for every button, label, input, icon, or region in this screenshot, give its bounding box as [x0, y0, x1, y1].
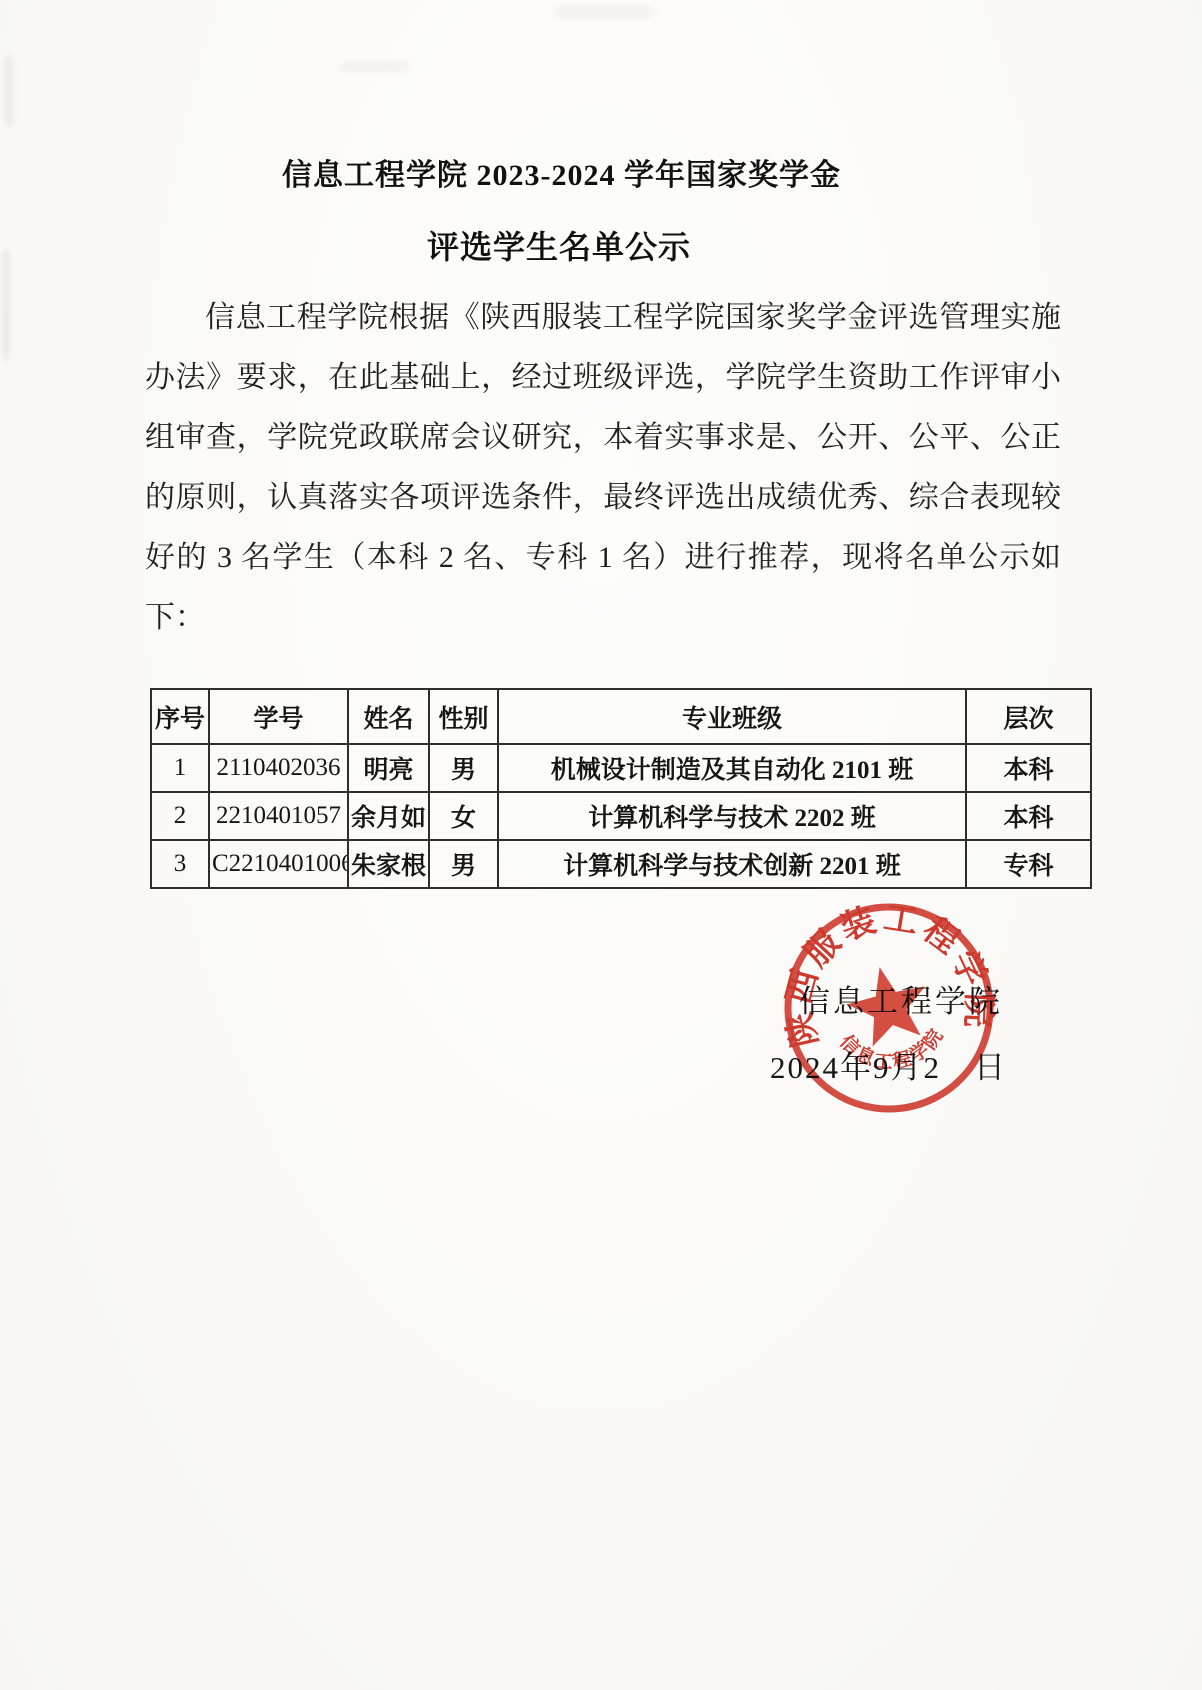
cell-student-id: 2110402036 [209, 744, 348, 792]
table-row: 1 2110402036 明亮 男 机械设计制造及其自动化 2101 班 本科 [151, 744, 1091, 792]
cell-level: 本科 [966, 792, 1091, 840]
cell-student-id: C2210401006 [209, 840, 348, 888]
cell-major-class: 机械设计制造及其自动化 2101 班 [498, 744, 966, 792]
header-学号: 学号 [209, 689, 348, 744]
scan-smudge [555, 6, 655, 18]
header-性别: 性别 [429, 689, 498, 744]
header-层次: 层次 [966, 689, 1091, 744]
cell-major-class: 计算机科学与技术创新 2201 班 [498, 840, 966, 888]
cell-level: 本科 [966, 744, 1091, 792]
cell-major-class: 计算机科学与技术 2202 班 [498, 792, 966, 840]
seal-bottom-text-path: 信息工程学院 [834, 1022, 951, 1079]
seal-bottom-text: 信息工程学院 [834, 1022, 951, 1079]
cell-gender: 男 [429, 744, 498, 792]
page-title-line2: 评选学生名单公示 [427, 222, 691, 268]
official-seal: 陕西服装工程学院 信息工程学院 [759, 878, 1019, 1138]
cell-index: 3 [151, 840, 209, 888]
cell-student-id: 2210401057 [209, 792, 348, 840]
cell-index: 1 [151, 744, 209, 792]
table-row: 2 2210401057 余月如 女 计算机科学与技术 2202 班 本科 [151, 792, 1091, 840]
scan-smudge [2, 250, 10, 360]
header-专业班级: 专业班级 [498, 689, 966, 744]
red-star-icon [844, 963, 930, 1048]
header-序号: 序号 [151, 689, 209, 744]
cell-index: 2 [151, 792, 209, 840]
header-姓名: 姓名 [348, 689, 429, 744]
scanned-document-page: 信息工程学院 2023-2024 学年国家奖学金 评选学生名单公示 信息工程学院… [0, 0, 1202, 1690]
cell-gender: 男 [429, 840, 498, 888]
table-header-row: 序号 学号 姓名 性别 专业班级 层次 [151, 689, 1091, 744]
cell-name: 明亮 [348, 744, 429, 792]
cell-name: 朱家根 [348, 840, 429, 888]
scan-smudge [4, 56, 14, 126]
body-paragraph: 信息工程学院根据《陕西服装工程学院国家奖学金评选管理实施办法》要求，在此基础上，… [145, 288, 1061, 648]
scan-smudge [340, 62, 410, 72]
page-title-line1: 信息工程学院 2023-2024 学年国家奖学金 [282, 150, 841, 194]
cell-gender: 女 [429, 792, 498, 840]
scholarship-roster-table: 序号 学号 姓名 性别 专业班级 层次 1 2110402036 明亮 男 机械… [150, 688, 1092, 889]
cell-name: 余月如 [348, 792, 429, 840]
table-row: 3 C2210401006 朱家根 男 计算机科学与技术创新 2201 班 专科 [151, 840, 1091, 888]
